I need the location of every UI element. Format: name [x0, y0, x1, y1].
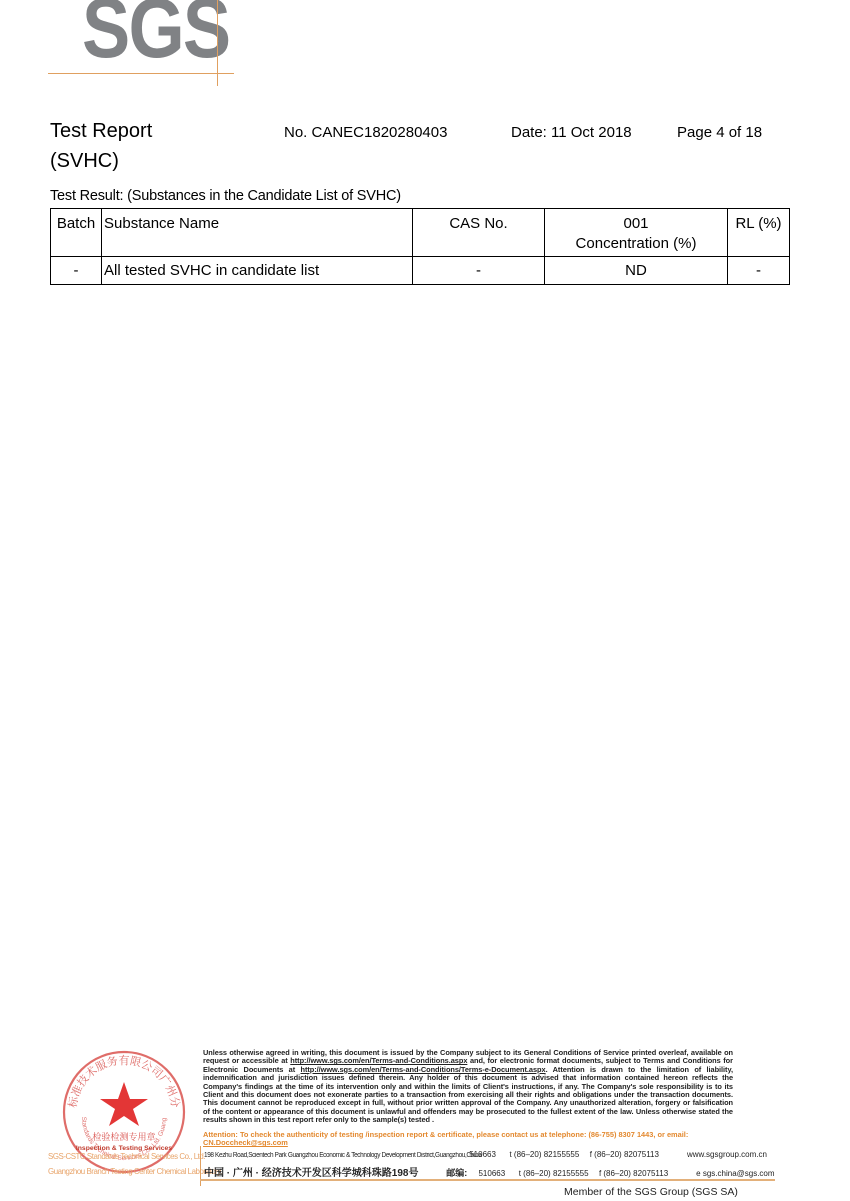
disclaimer-text-3: . Attention is drawn to the limitation o… [203, 1065, 733, 1124]
website-link[interactable]: www.sgsgroup.com.cn [687, 1150, 767, 1159]
doccheck-email-link[interactable]: CN.Doccheck@sgs.com [203, 1138, 288, 1147]
email-link[interactable]: e sgs.china@sgs.com [696, 1169, 774, 1178]
cell-batch: - [51, 257, 102, 285]
sample-id: 001 [545, 214, 727, 234]
table-header-row: Batch Substance Name CAS No. 001 Concent… [51, 209, 790, 257]
page-indicator: Page 4 of 18 [677, 124, 762, 141]
sgs-logo-text: SGS [82, 0, 229, 70]
lab-name: SGS-CSTC Standards Technical Services Co… [48, 1149, 186, 1179]
test-result-table: Batch Substance Name CAS No. 001 Concent… [50, 208, 790, 285]
zip-code-2: 510663 [478, 1169, 516, 1178]
col-header-cas-no: CAS No. [413, 209, 545, 257]
col-header-substance-name: Substance Name [102, 209, 413, 257]
cell-substance-name: All tested SVHC in candidate list [102, 257, 413, 285]
lab-name-line1: SGS-CSTC Standards Technical Services Co… [48, 1149, 186, 1164]
cell-concentration: ND [545, 257, 728, 285]
cell-rl: - [728, 257, 790, 285]
authenticity-notice: Attention: To check the authenticity of … [203, 1131, 743, 1148]
concentration-label: Concentration (%) [545, 234, 727, 254]
report-title: Test Report [50, 120, 152, 143]
address-chinese: 中国 · 广州 · 经济技术开发区科学城科珠路198号 [204, 1164, 444, 1179]
col-header-concentration: 001 Concentration (%) [545, 209, 728, 257]
section-title: Test Result: (Substances in the Candidat… [50, 188, 401, 204]
telephone: t (86–20) 82155555 [509, 1150, 587, 1159]
zip-label: 邮编: [446, 1166, 476, 1179]
fax-2: f (86–20) 82075113 [599, 1169, 694, 1178]
logo-vertical-rule [217, 0, 218, 86]
col-header-rl: RL (%) [728, 209, 790, 257]
lab-name-line2: Guangzhou Branch Testing Center Chemical… [48, 1164, 186, 1179]
report-number: No. CANEC1820280403 [284, 124, 447, 141]
table-row: -All tested SVHC in candidate list-ND- [51, 257, 790, 285]
col-header-batch: Batch [51, 209, 102, 257]
report-subtitle: (SVHC) [50, 150, 119, 173]
fax: f (86–20) 82075113 [590, 1150, 685, 1159]
footer-horizontal-rule [200, 1179, 775, 1181]
cell-cas-no: - [413, 257, 545, 285]
stamp-inner-cn: 检验检测专用章 [92, 1131, 155, 1143]
sgs-logo: SGS [48, 0, 238, 90]
logo-horizontal-rule [48, 73, 234, 74]
telephone-2: t (86–20) 82155555 [519, 1169, 597, 1178]
stamp-star-icon [100, 1082, 148, 1126]
sgs-group-membership: Member of the SGS Group (SGS SA) [564, 1186, 738, 1198]
address-row-english: 198 Kezhu Road,Scientech Park Guangzhou … [204, 1150, 767, 1159]
address-english: 198 Kezhu Road,Scientech Park Guangzhou … [204, 1152, 446, 1159]
legal-disclaimer: Unless otherwise agreed in writing, this… [203, 1049, 733, 1125]
address-row-chinese: 中国 · 广州 · 经济技术开发区科学城科珠路198号 邮编: 510663 t… [204, 1164, 775, 1179]
report-date: Date: 11 Oct 2018 [511, 124, 632, 141]
